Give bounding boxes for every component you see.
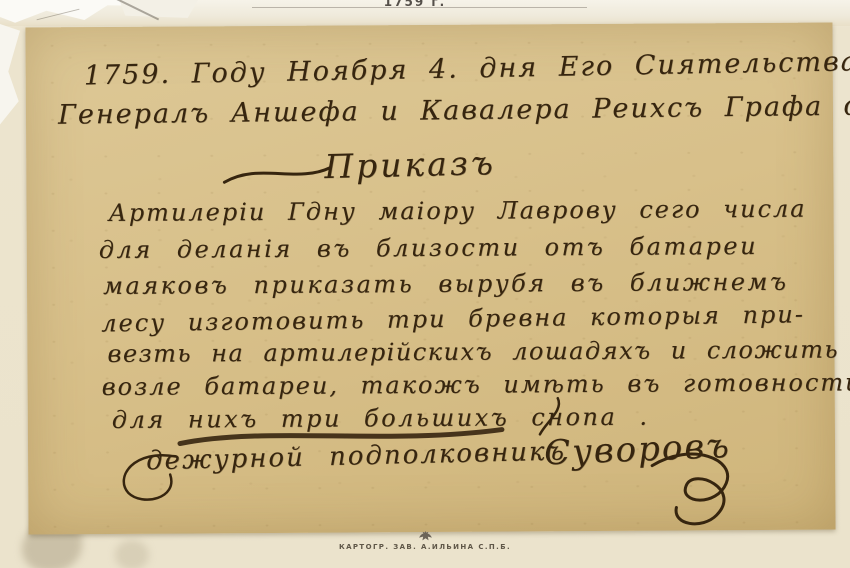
document-title: Приказъ <box>324 143 496 186</box>
printers-plate: КАРТОГР. ЗАВ. А.ИЛЬИНА С.П.Б. <box>0 531 850 551</box>
photograph-of-1759-order: 1759 г. 1759. Году Ноября 4. дня Его Сия… <box>0 0 850 568</box>
torn-paper-patch <box>0 22 20 132</box>
signature-name: Суворовъ <box>543 426 731 474</box>
body-line-5: везть на артилерійскихъ лошадяхъ и сложи… <box>107 336 839 368</box>
header-line-1: 1759. Году Ноября 4. дня Его Сиятельства… <box>84 44 850 91</box>
printed-year-label: 1759 г. <box>384 0 446 9</box>
printers-caption: КАРТОГР. ЗАВ. А.ИЛЬИНА С.П.Б. <box>0 543 850 551</box>
body-line-6: возле батареи, такожъ имѣть въ готовност… <box>102 368 850 401</box>
imperial-eagle-icon <box>419 531 432 542</box>
manuscript-paper: 1759. Году Ноября 4. дня Его Сиятельства… <box>25 23 835 535</box>
title-swash <box>222 160 332 187</box>
header-line-2: Генералъ Аншефа и Кавалера Реихсъ Графа … <box>58 89 850 131</box>
body-line-7: для нихъ три большихъ снопа . <box>112 403 650 434</box>
signature-role: дежурной подполковникъ <box>146 437 566 477</box>
body-line-4: лесу изготовить три бревна которыя при- <box>101 300 805 337</box>
body-line-3: маяковъ приказать вырубя въ ближнемъ <box>103 268 789 300</box>
body-line-2: для деланія въ близости отъ батареи <box>99 232 758 264</box>
body-line-1: Артилеріи Гдну маіору Лаврову сего числа <box>109 195 807 227</box>
